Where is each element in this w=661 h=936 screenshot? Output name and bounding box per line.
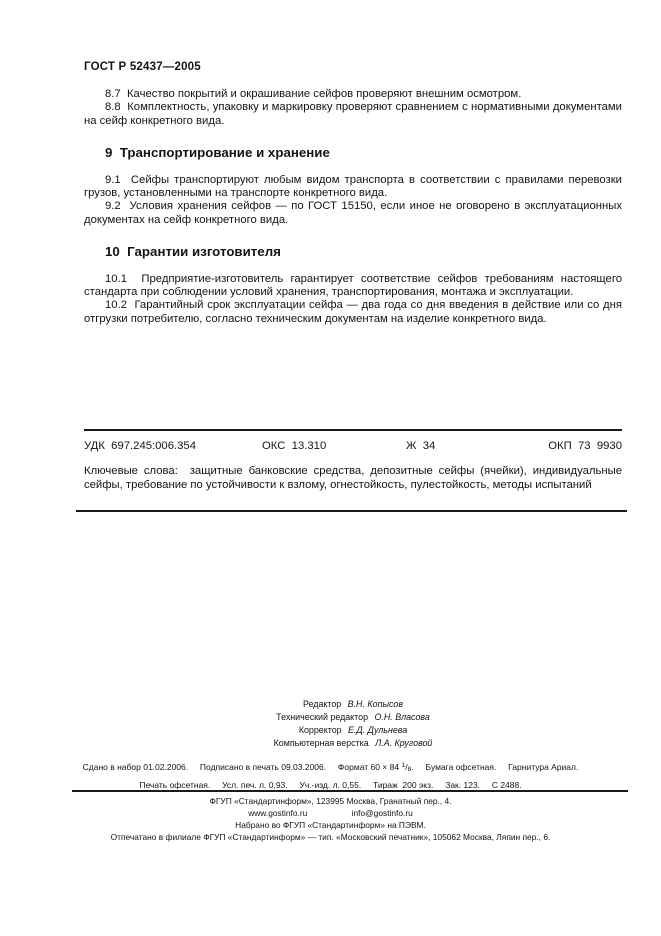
class-letter-code: Ж 34 bbox=[406, 440, 435, 452]
paragraph-9-1: 9.1 Сейфы транспортируют любым видом тра… bbox=[84, 174, 622, 201]
editor-label: Редактор bbox=[303, 699, 341, 709]
paragraph-10-1: 10.1 Предприятие-изготовитель гарантируе… bbox=[84, 273, 622, 300]
imprint-block: Сдано в набор 01.02.2006. Подписано в пе… bbox=[0, 759, 661, 792]
tech-editor-name: О.Н. Власова bbox=[374, 712, 429, 722]
publisher-website: www.gostinfo.ru bbox=[248, 808, 307, 818]
divider-below-keywords bbox=[76, 510, 627, 512]
doc-number-header: ГОСТ Р 52437—2005 bbox=[84, 61, 201, 73]
divider-above-classification bbox=[84, 429, 622, 431]
document-page: ГОСТ Р 52437—2005 8.7 Качество покрытий … bbox=[0, 0, 661, 936]
imprint-line1-end: . Бумага офсетная. Гарнитура Ариал. bbox=[411, 762, 578, 772]
typesetting-label: Компьютерная верстка bbox=[274, 738, 369, 748]
colophon-editors-block: Редактор В.Н. Копысов Технический редакт… bbox=[84, 698, 622, 750]
document-body: 8.7 Качество покрытий и окрашивание сейф… bbox=[84, 88, 622, 326]
divider-above-publisher bbox=[72, 790, 628, 792]
paragraph-10-2: 10.2 Гарантийный срок эксплуатации сейфа… bbox=[84, 299, 622, 326]
editor-line: Редактор В.Н. Копысов bbox=[84, 698, 622, 711]
typesetting-name: Л.А. Круговой bbox=[375, 738, 432, 748]
keywords-paragraph: Ключевые слова: защитные банковские сред… bbox=[84, 465, 622, 492]
okp-code: ОКП 73 9930 bbox=[548, 440, 622, 452]
oks-code: ОКС 13.310 bbox=[262, 440, 326, 452]
classification-codes-row: УДК 697.245:006.354 ОКС 13.310 Ж 34 ОКП … bbox=[84, 440, 622, 454]
udk-code: УДК 697.245:006.354 bbox=[84, 440, 196, 452]
publisher-printed-line: Отпечатано в филиале ФГУП «Стандартинфор… bbox=[0, 832, 661, 844]
publisher-contacts-line: www.gostinfo.ru info@gostinfo.ru bbox=[0, 808, 661, 820]
imprint-line1-start: Сдано в набор 01.02.2006. Подписано в пе… bbox=[83, 762, 402, 772]
publisher-typeset-line: Набрано во ФГУП «Стандартинформ» на ПЭВМ… bbox=[0, 820, 661, 832]
paragraph-8-7: 8.7 Качество покрытий и окрашивание сейф… bbox=[84, 88, 622, 101]
section-9-heading: 9 Транспортирование и хранение bbox=[84, 146, 622, 159]
paragraph-8-8: 8.8 Комплектность, упаковку и маркировку… bbox=[84, 101, 622, 128]
typesetting-line: Компьютерная верстка Л.А. Круговой bbox=[84, 737, 622, 750]
corrector-name: Е.Д. Дульнева bbox=[348, 725, 407, 735]
tech-editor-line: Технический редактор О.Н. Власова bbox=[84, 711, 622, 724]
section-10-heading: 10 Гарантии изготовителя bbox=[84, 245, 622, 258]
corrector-label: Корректор bbox=[299, 725, 342, 735]
editor-name: В.Н. Копысов bbox=[348, 699, 403, 709]
corrector-line: Корректор Е.Д. Дульнева bbox=[84, 724, 622, 737]
paragraph-9-2: 9.2 Условия хранения сейфов — по ГОСТ 15… bbox=[84, 200, 622, 227]
publisher-email: info@gostinfo.ru bbox=[352, 808, 413, 818]
paper-format-fraction: 1/8 bbox=[401, 762, 411, 772]
publisher-address-line: ФГУП «Стандартинформ», 123995 Москва, Гр… bbox=[0, 796, 661, 808]
imprint-line-1: Сдано в набор 01.02.2006. Подписано в пе… bbox=[0, 759, 661, 778]
tech-editor-label: Технический редактор bbox=[276, 712, 368, 722]
publisher-block: ФГУП «Стандартинформ», 123995 Москва, Гр… bbox=[0, 796, 661, 844]
